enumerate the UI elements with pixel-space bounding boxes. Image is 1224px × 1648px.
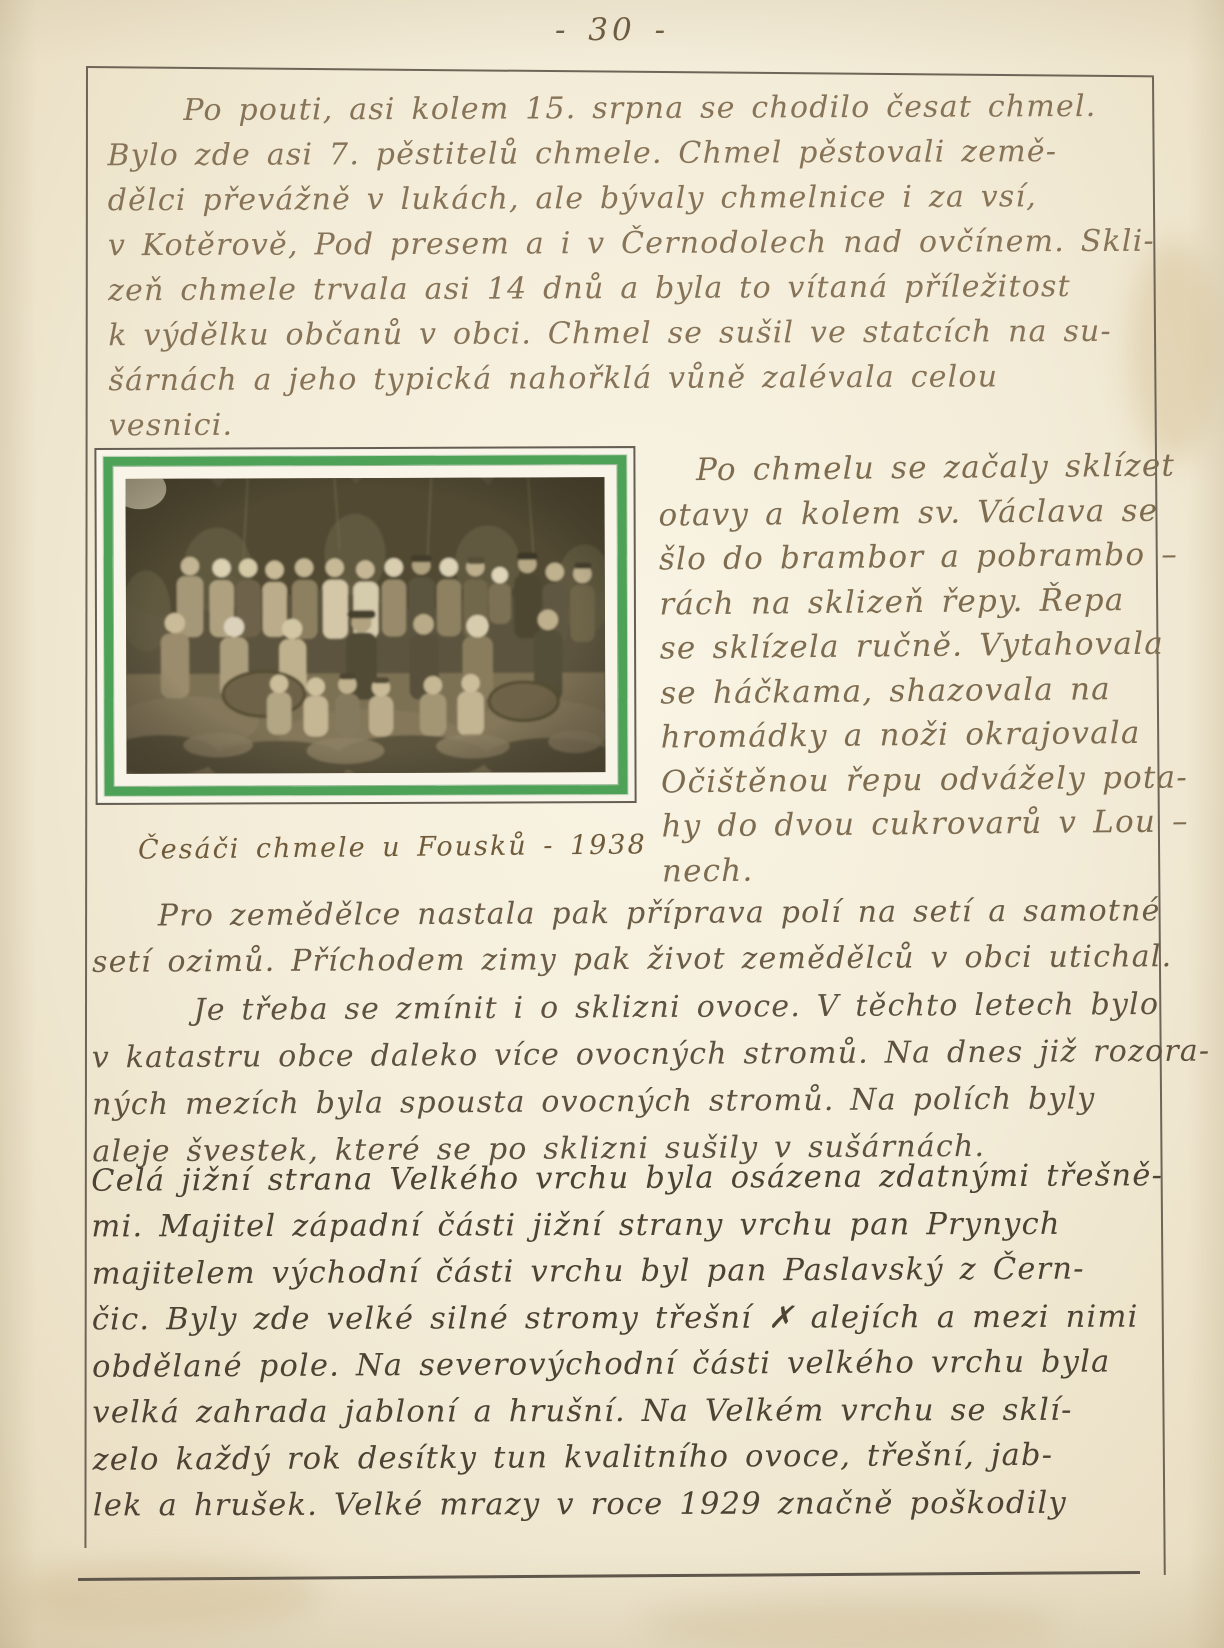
text-line: hy do dvou cukrovarů v Lou – — [661, 799, 1189, 849]
text-line: se háčkama, shazovala na — [660, 666, 1188, 716]
column-beet-harvest: Po chmelu se začaly sklízet otavy a kole… — [658, 443, 1190, 893]
text-line: Po chmelu se začaly sklízet — [658, 443, 1186, 493]
text-line: majitelem východní části vrchu byl pan P… — [92, 1246, 1164, 1298]
paragraph-fruit-harvest: Je třeba se zmínit i o sklizni ovoce. V … — [91, 981, 1211, 1176]
text-line: zeň chmele trvala asi 14 dnů a byla to v… — [108, 264, 1155, 314]
photo-image — [125, 477, 605, 774]
paragraph-velky-vrch: Celá jižní strana Velkého vrchu byla osá… — [91, 1153, 1165, 1531]
text-line: se sklízela ručně. Vytahovala — [660, 621, 1188, 671]
text-line: v katastru obce daleko více ovocných str… — [92, 1028, 1211, 1082]
text-line: Pro zemědělce nastala pak příprava polí … — [92, 888, 1172, 940]
text-line: Po pouti, asi kolem 15. srpna se chodilo… — [107, 84, 1154, 134]
text-line: lek a hrušek. Velké mrazy v roce 1929 zn… — [93, 1480, 1165, 1529]
text-line: dělci převážně v lukách, ale bývaly chme… — [108, 174, 1155, 224]
paper-stain — [20, 1560, 320, 1630]
text-line: šlo do brambor a pobrambo – — [659, 532, 1187, 582]
paper-stain — [640, 1600, 1060, 1648]
text-line: velká zahrada jabloní a hrušní. Na Velké… — [92, 1387, 1164, 1436]
text-line: Bylo zde asi 7. pěstitelů chmele. Chmel … — [107, 129, 1154, 179]
text-line: vesnici. — [109, 399, 1156, 449]
text-line: ných mezích byla spousta ovocných stromů… — [92, 1075, 1211, 1129]
text-line: k výdělku občanů v obci. Chmel se sušil … — [108, 309, 1155, 359]
text-line: šárnách a jeho typická nahořklá vůně zal… — [108, 354, 1155, 404]
text-line: zelo každý rok desítky tun kvalitního ov… — [92, 1432, 1164, 1484]
page-border-left — [84, 66, 88, 1548]
text-line: nech. — [662, 844, 1190, 894]
text-line: v Kotěrově, Pod presem a i v Černodolech… — [108, 219, 1155, 269]
paragraph-winter: Pro zemědělce nastala pak příprava polí … — [92, 888, 1173, 986]
text-line: Je třeba se zmínit i o sklizni ovoce. V … — [91, 981, 1210, 1035]
text-line: hromádky a noži okrajovala — [660, 710, 1188, 760]
text-line: rách na sklizeň řepy. Řepa — [659, 577, 1187, 627]
page-border-top — [86, 66, 1154, 77]
page-border-bottom — [78, 1571, 1140, 1581]
text-line: obdělané pole. Na severovýchodní části v… — [92, 1339, 1164, 1391]
text-line: Celá jižní strana Velkého vrchu byla osá… — [91, 1153, 1163, 1205]
text-line: Očištěnou řepu odvážely pota- — [661, 755, 1189, 805]
text-line: mi. Majitel západní části jižní strany v… — [91, 1201, 1163, 1250]
photo-caption: Česáči chmele u Fousků - 1938 — [138, 829, 647, 865]
paragraph-hop-harvest: Po pouti, asi kolem 15. srpna se chodilo… — [107, 84, 1155, 449]
text-line: čic. Byly zde velké silné stromy třešní … — [92, 1294, 1164, 1343]
photo-green-border — [103, 455, 627, 796]
page-number: - 30 - — [0, 12, 1224, 48]
hop-pickers-photo-illustration — [125, 477, 605, 774]
photo-frame — [94, 446, 636, 805]
text-line: setí ozimů. Příchodem zimy pak život zem… — [92, 934, 1172, 986]
text-line: otavy a kolem sv. Václava se — [658, 488, 1186, 538]
